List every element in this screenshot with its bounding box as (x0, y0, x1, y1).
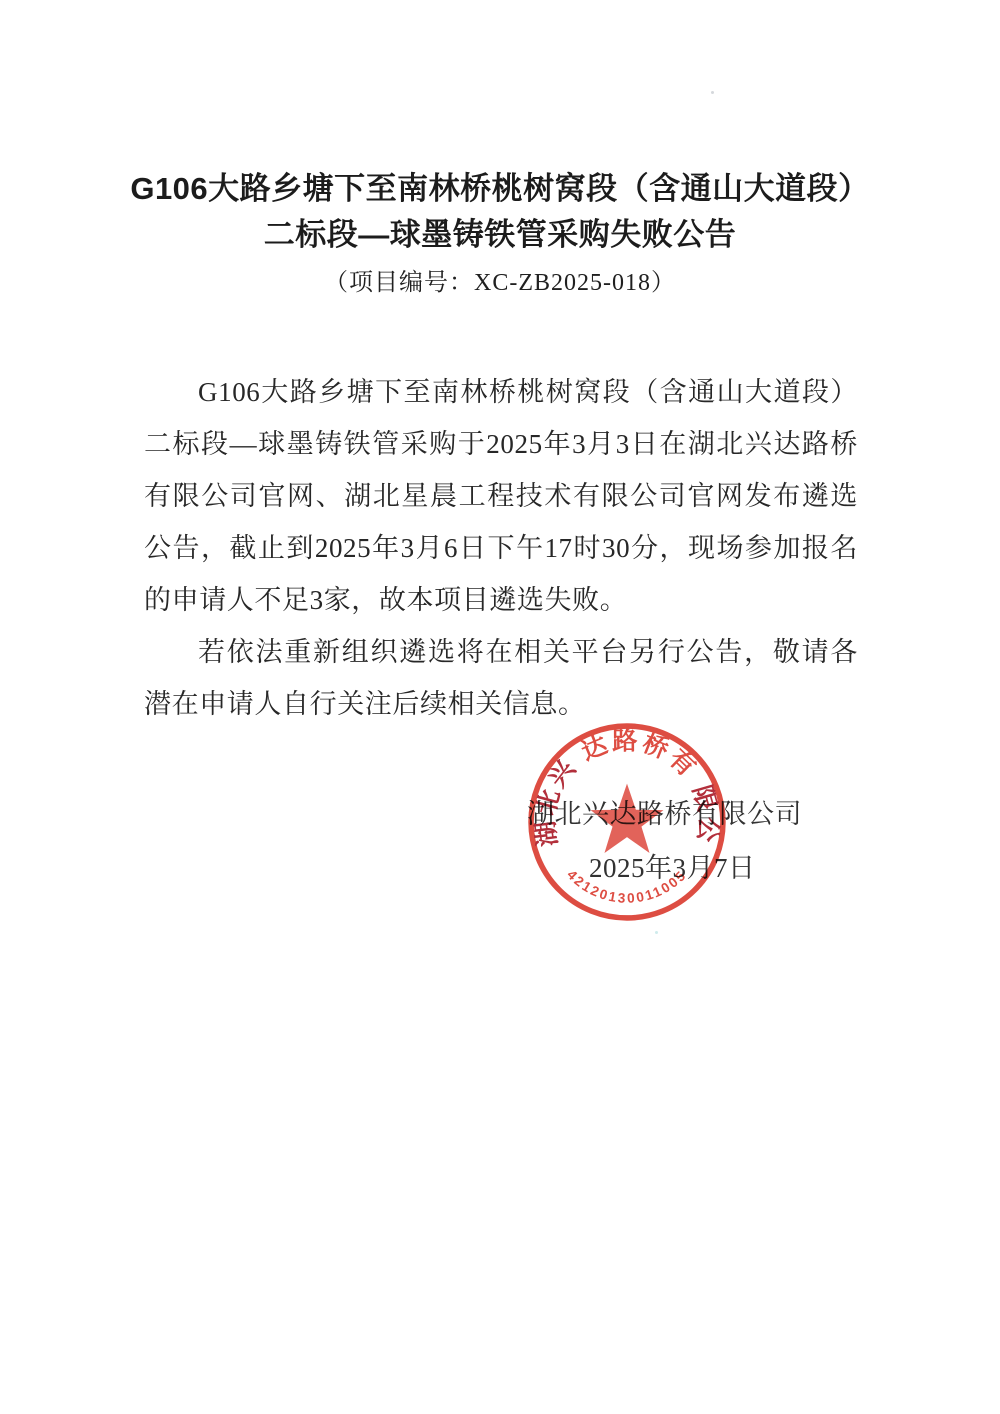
seal-serial-number: 42120130011005 (564, 867, 690, 906)
document-title-line1: G106大路乡塘下至南林桥桃树窝段（含通山大道段） (0, 166, 1000, 212)
company-seal-stamp: 湖北兴 达路桥有 限公司 42120130011005 (526, 721, 728, 923)
seal-arc-text-middle: 达路桥有 (577, 726, 703, 784)
paragraph-announcement: G106大路乡塘下至南林桥桃树窝段（含通山大道段）二标段—球墨铸铁管采购于202… (144, 366, 858, 626)
scan-artifact-speck (655, 931, 658, 934)
project-number: （项目编号：XC-ZB2025-018） (0, 267, 1000, 299)
scan-artifact-speck (711, 91, 714, 94)
paragraph-followup: 若依法重新组织遴选将在相关平台另行公告，敬请各潜在申请人自行关注后续相关信息。 (144, 626, 858, 730)
body-text: G106大路乡塘下至南林桥桃树窝段（含通山大道段）二标段—球墨铸铁管采购于202… (144, 366, 858, 730)
seal-star-icon (591, 784, 664, 853)
document-page: G106大路乡塘下至南林桥桃树窝段（含通山大道段） 二标段—球墨铸铁管采购失败公… (0, 0, 1000, 1414)
seal-serial-number-text: 42120130011005 (564, 867, 690, 906)
title-block: G106大路乡塘下至南林桥桃树窝段（含通山大道段） 二标段—球墨铸铁管采购失败公… (0, 166, 1000, 299)
document-title-line2: 二标段—球墨铸铁管采购失败公告 (0, 212, 1000, 258)
seal-arc-text-left: 湖北兴 (531, 753, 582, 848)
